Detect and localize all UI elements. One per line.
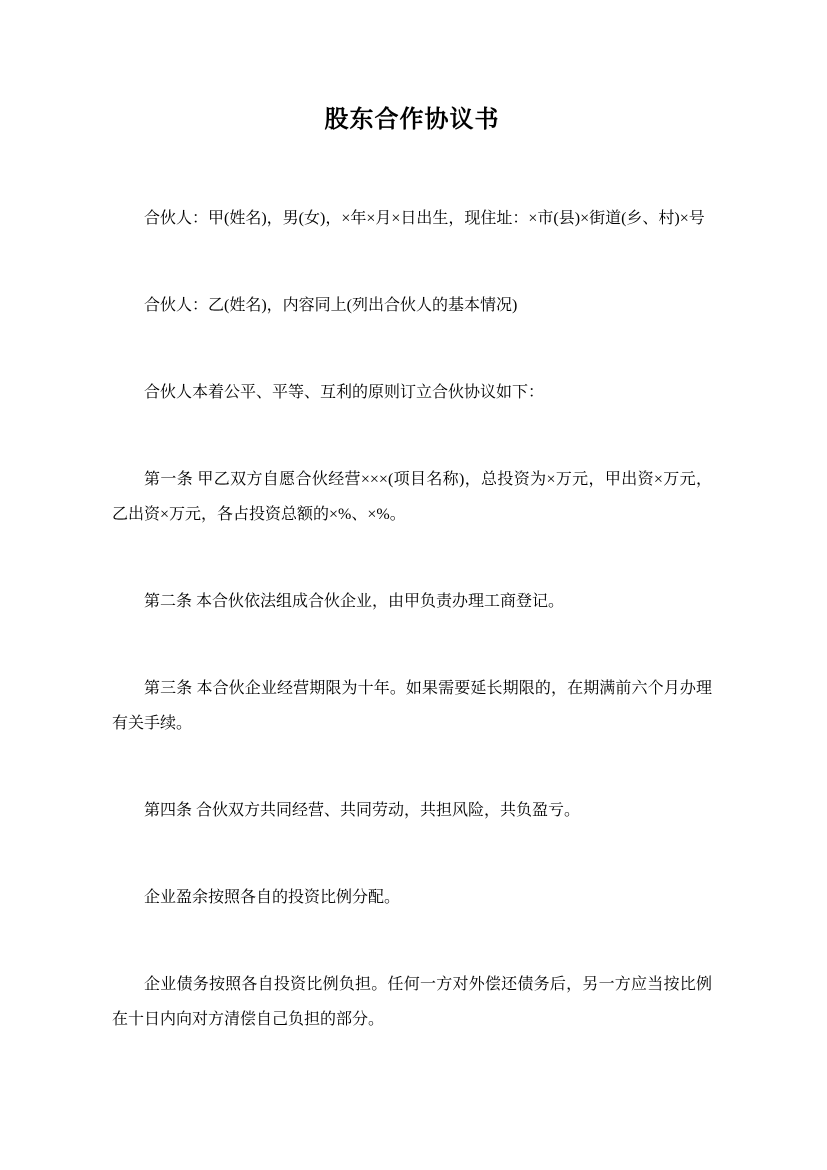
document-body: 合伙人：甲(姓名)，男(女)，×年×月×日出生，现住址：×市(县)×街道(乡、村…: [112, 201, 712, 1037]
document-paragraph: 企业盈余按照各自的投资比例分配。: [112, 880, 712, 915]
document-paragraph: 合伙人：乙(姓名)，内容同上(列出合伙人的基本情况): [112, 288, 712, 323]
document-paragraph: 第一条 甲乙双方自愿合伙经营×××(项目名称)，总投资为×万元，甲出资×万元，乙…: [112, 462, 712, 532]
document-paragraph: 第二条 本合伙依法组成合伙企业，由甲负责办理工商登记。: [112, 584, 712, 619]
document-paragraph: 合伙人：甲(姓名)，男(女)，×年×月×日出生，现住址：×市(县)×街道(乡、村…: [112, 201, 712, 236]
document-paragraph: 合伙人本着公平、平等、互利的原则订立合伙协议如下：: [112, 375, 712, 410]
document-title: 股东合作协议书: [112, 103, 712, 138]
document-paragraph: 企业债务按照各自投资比例负担。任何一方对外偿还债务后，另一方应当按比例在十日内向…: [112, 967, 712, 1037]
document-paragraph: 第四条 合伙双方共同经营、共同劳动，共担风险，共负盈亏。: [112, 793, 712, 828]
document-paragraph: 第三条 本合伙企业经营期限为十年。如果需要延长期限的，在期满前六个月办理有关手续…: [112, 671, 712, 741]
document-page: 股东合作协议书 合伙人：甲(姓名)，男(女)，×年×月×日出生，现住址：×市(县…: [0, 0, 827, 1170]
